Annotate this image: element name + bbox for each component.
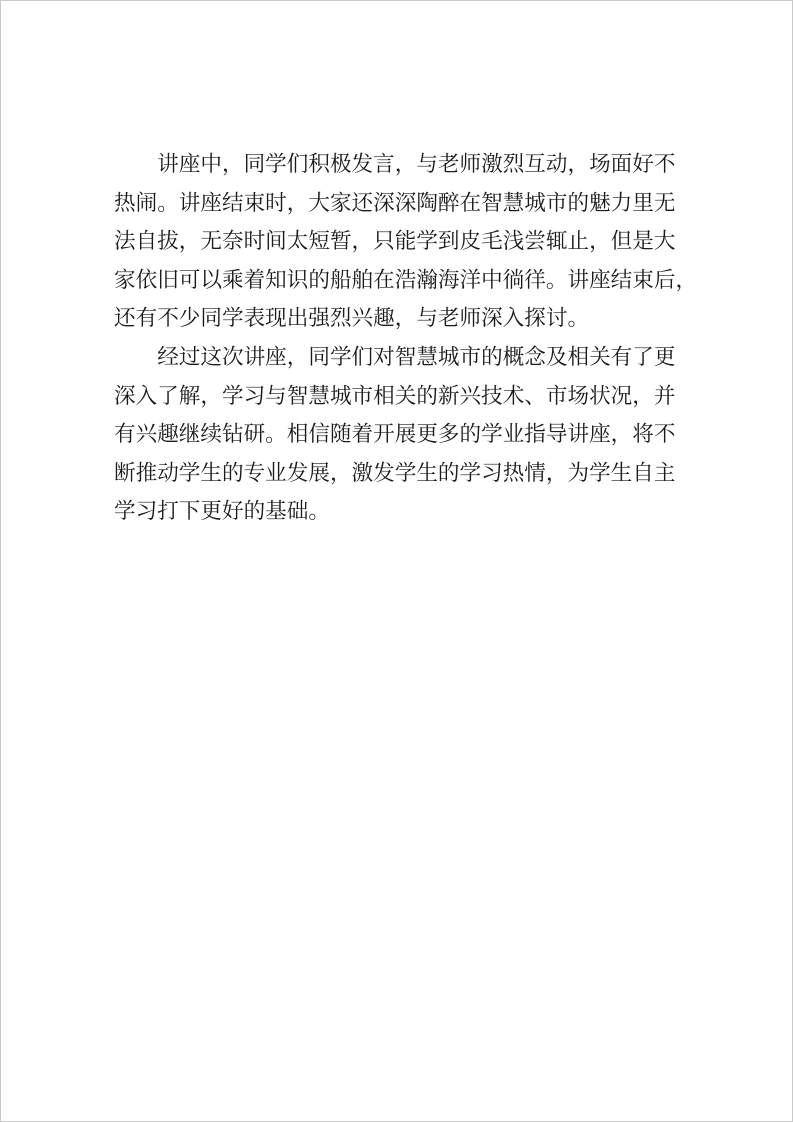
document-body-text: 讲座中，同学们积极发言，与老师激烈互动，场面好不热闹。讲座结束时，大家还深深陶醉… — [114, 145, 678, 531]
text-line: 法自拔，无奈时间太短暂，只能学到皮毛浅尝辄止，但是大 — [114, 222, 678, 261]
paragraph: 讲座中，同学们积极发言，与老师激烈互动，场面好不热闹。讲座结束时，大家还深深陶醉… — [114, 145, 678, 338]
text-line: 热闹。讲座结束时，大家还深深陶醉在智慧城市的魅力里无 — [114, 184, 678, 223]
text-line: 有兴趣继续钻研。相信随着开展更多的学业指导讲座，将不 — [114, 415, 678, 454]
text-line: 经过这次讲座，同学们对智慧城市的概念及相关有了更 — [114, 338, 678, 377]
text-line: 讲座中，同学们积极发言，与老师激烈互动，场面好不 — [114, 145, 678, 184]
paragraph: 经过这次讲座，同学们对智慧城市的概念及相关有了更深入了解，学习与智慧城市相关的新… — [114, 338, 678, 531]
text-line: 家依旧可以乘着知识的船舶在浩瀚海洋中徜徉。讲座结束后， — [114, 261, 678, 300]
text-line: 断推动学生的专业发展，激发学生的学习热情，为学生自主 — [114, 454, 678, 493]
text-line: 还有不少同学表现出强烈兴趣，与老师深入探讨。 — [114, 299, 678, 338]
document-page: 讲座中，同学们积极发言，与老师激烈互动，场面好不热闹。讲座结束时，大家还深深陶醉… — [0, 0, 793, 1122]
text-line: 深入了解，学习与智慧城市相关的新兴技术、市场状况，并 — [114, 377, 678, 416]
text-line: 学习打下更好的基础。 — [114, 492, 678, 531]
